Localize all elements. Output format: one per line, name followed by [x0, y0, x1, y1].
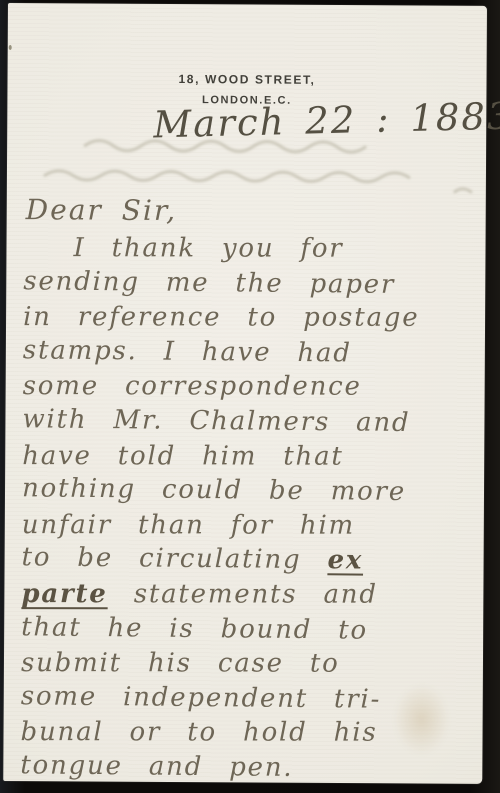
- letter-text: to be circulating: [21, 543, 327, 576]
- letter-line: have told him that: [22, 439, 477, 474]
- letter-text: in reference to postage: [23, 302, 419, 333]
- letter-text: some correspondence: [23, 371, 362, 402]
- letter-paper: 18, WOOD STREET, LONDON.E.C. March 22 : …: [3, 3, 487, 784]
- letter-line: in reference to postage: [23, 300, 478, 335]
- letter-line: some correspondence: [23, 369, 478, 404]
- letter-line: parte statements and: [21, 577, 476, 612]
- letter-body: I thank you forsending me the paperin re…: [20, 230, 478, 786]
- letter-text: submit his case to: [21, 648, 340, 679]
- letter-text-block: Dear Sir, I thank you forsending me the …: [20, 193, 479, 786]
- handwritten-date: March 22 : 1883: [153, 94, 500, 146]
- paper-speck: [9, 45, 12, 50]
- letter-text: stamps. I have had: [23, 335, 352, 368]
- letter-text: nothing could be more: [22, 473, 406, 507]
- letter-text: sending me the paper: [23, 266, 395, 300]
- letter-text: tongue and pen.: [20, 750, 293, 783]
- letter-text: that he is bound to: [21, 612, 368, 645]
- letter-text: statements and: [108, 579, 378, 609]
- letter-line: nothing could be more: [22, 471, 477, 510]
- letter-line: that he is bound to: [21, 610, 476, 649]
- letter-line: sending me the paper: [23, 264, 478, 303]
- letter-line: some independent tri-: [21, 679, 476, 718]
- underlined-word: parte: [21, 579, 107, 609]
- letter-text: some independent tri-: [21, 681, 382, 714]
- underlined-word: ex: [327, 546, 363, 576]
- letter-text: have told him that: [22, 441, 343, 472]
- letter-line: bunal or to hold his: [21, 715, 476, 750]
- letter-line: tongue and pen.: [20, 748, 475, 787]
- letter-line: with Mr. Chalmers and: [22, 402, 477, 441]
- letter-line: to be circulating ex: [21, 541, 476, 580]
- letter-text: bunal or to hold his: [21, 717, 378, 748]
- letter-photo: 18, WOOD STREET, LONDON.E.C. March 22 : …: [0, 0, 500, 793]
- letter-line: I thank you for: [23, 231, 478, 266]
- letter-text: with Mr. Chalmers and: [22, 404, 410, 438]
- letter-line: submit his case to: [21, 646, 476, 681]
- letter-line: stamps. I have had: [23, 333, 478, 372]
- letter-text: unfair than for him: [22, 510, 355, 541]
- salutation: Dear Sir,: [26, 193, 479, 230]
- letterhead-street: 18, WOOD STREET,: [7, 71, 486, 88]
- letter-text: I thank you for: [73, 233, 343, 263]
- letter-line: unfair than for him: [22, 508, 477, 543]
